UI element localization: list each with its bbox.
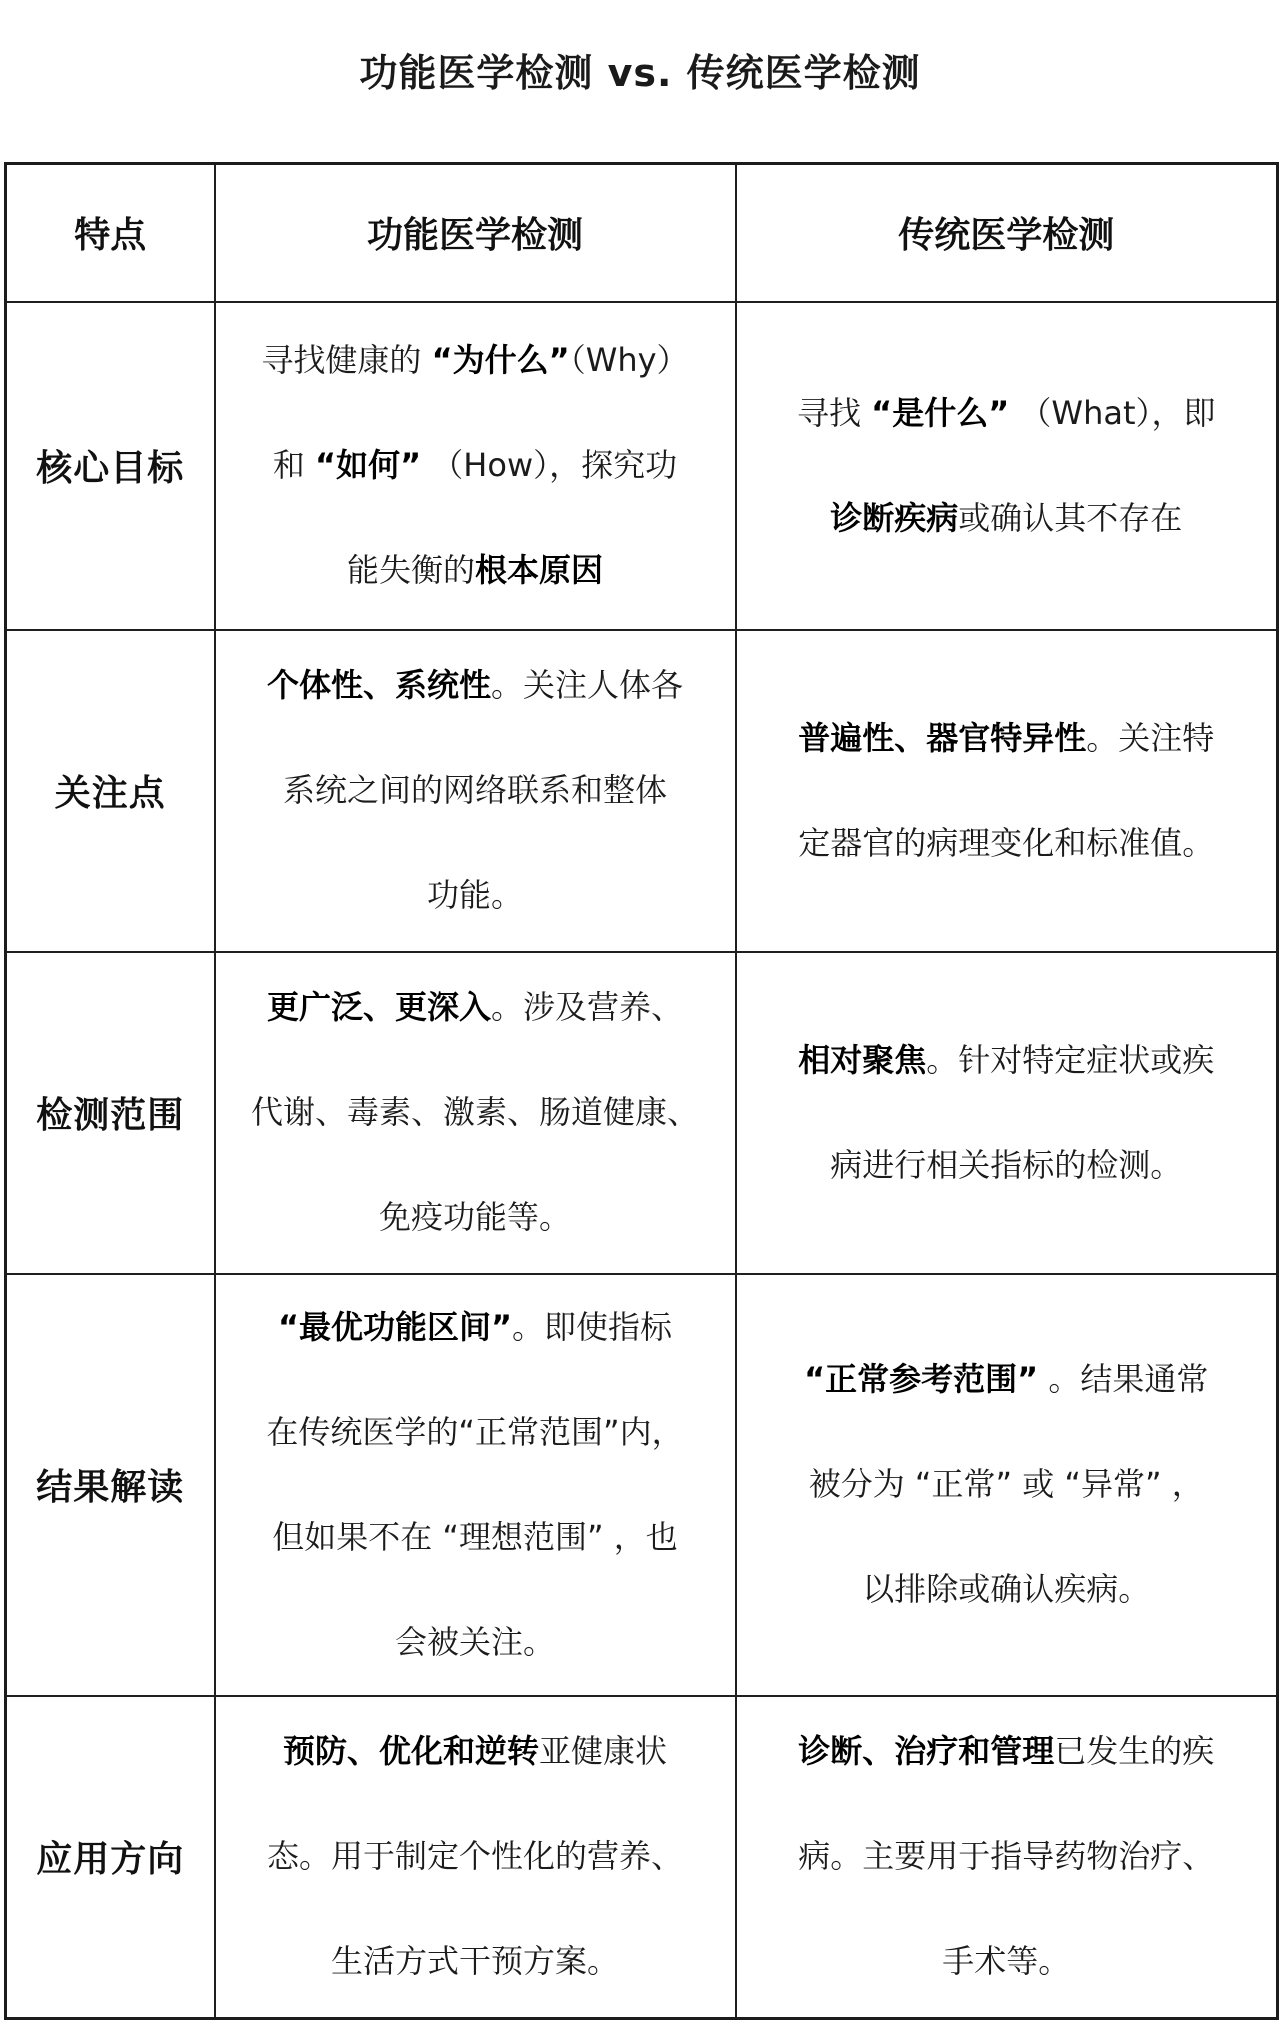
text-run: “是什么” <box>871 394 1009 432</box>
row-label-scope: 检测范围 <box>6 952 215 1274</box>
header-row: 特点 功能医学检测 传统医学检测 <box>6 164 1278 302</box>
cell-scope-traditional: 相对聚焦。针对特定症状或疾 病进行相关指标的检测。 <box>736 952 1278 1274</box>
text-run: 根本原因 <box>475 551 603 589</box>
table-row-focus: 关注点 个体性、系统性。关注人体各 系统之间的网络联系和整体 功能。 普遍性、器… <box>6 630 1278 952</box>
row-label-core-goal: 核心目标 <box>6 302 215 630</box>
cell-text: “最优功能区间”。即使指标 在传统医学的“正常范围”内， 但如果不在 “理想范围… <box>216 1275 735 1695</box>
text-run: “最优功能区间” <box>278 1308 512 1346</box>
cell-focus-traditional: 普遍性、器官特异性。关注特 定器官的病理变化和标准值。 <box>736 630 1278 952</box>
cell-text: 更广泛、更深入。涉及营养、 代谢、毒素、激素、肠道健康、 免疫功能等。 <box>216 955 735 1270</box>
row-label-focus: 关注点 <box>6 630 215 952</box>
text-run: 相对聚焦 <box>798 1041 926 1079</box>
header-cell-traditional: 传统医学检测 <box>736 164 1278 302</box>
text-run: 寻找 <box>797 394 871 432</box>
text-run: （What），即 <box>1009 394 1215 432</box>
cell-text: 普遍性、器官特异性。关注特 定器官的病理变化和标准值。 <box>737 686 1277 896</box>
comparison-table-wrap: 特点 功能医学检测 传统医学检测 核心目标 寻找健康的 “为什么”（Why） 和… <box>4 162 1276 2020</box>
cell-text: “正常参考范围” 。结果通常 被分为 “正常” 或 “异常” ， 以排除或确认疾… <box>737 1327 1277 1642</box>
page-title: 功能医学检测 vs. 传统医学检测 <box>0 0 1280 96</box>
text-run: 或确认其不存在 <box>958 499 1182 537</box>
text-run: 。即使指标 在传统医学的“正常范围”内， 但如果不在 “理想范围” ，也 会被关… <box>266 1308 683 1661</box>
table-row-application: 应用方向 预防、优化和逆转亚健康状 态。用于制定个性化的营养、 生活方式干预方案… <box>6 1696 1278 2019</box>
header-cell-feature: 特点 <box>6 164 215 302</box>
cell-interpretation-traditional: “正常参考范围” 。结果通常 被分为 “正常” 或 “异常” ， 以排除或确认疾… <box>736 1274 1278 1696</box>
table-row-interpretation: 结果解读 “最优功能区间”。即使指标 在传统医学的“正常范围”内， 但如果不在 … <box>6 1274 1278 1696</box>
text-run: 诊断疾病 <box>830 499 958 537</box>
cell-text: 寻找健康的 “为什么”（Why） 和 “如何” （How），探究功 能失衡的根本… <box>216 308 735 623</box>
text-run: 诊断、治疗和管理 <box>798 1732 1054 1770</box>
text-run: “为什么” <box>432 341 570 379</box>
cell-text: 寻找 “是什么” （What），即 诊断疾病或确认其不存在 <box>737 361 1277 571</box>
text-run: 个体性、系统性 <box>267 666 491 704</box>
cell-text: 预防、优化和逆转亚健康状 态。用于制定个性化的营养、 生活方式干预方案。 <box>216 1699 735 2014</box>
text-run: 寻找健康的 <box>261 341 431 379</box>
table-row-core-goal: 核心目标 寻找健康的 “为什么”（Why） 和 “如何” （How），探究功 能… <box>6 302 1278 630</box>
text-run: 普遍性、器官特异性 <box>798 719 1086 757</box>
cell-application-traditional: 诊断、治疗和管理已发生的疾 病。主要用于指导药物治疗、 手术等。 <box>736 1696 1278 2019</box>
row-label-interpretation: 结果解读 <box>6 1274 215 1696</box>
row-label-application: 应用方向 <box>6 1696 215 2019</box>
cell-interpretation-functional: “最优功能区间”。即使指标 在传统医学的“正常范围”内， 但如果不在 “理想范围… <box>215 1274 736 1696</box>
cell-core-goal-functional: 寻找健康的 “为什么”（Why） 和 “如何” （How），探究功 能失衡的根本… <box>215 302 736 630</box>
header-cell-functional: 功能医学检测 <box>215 164 736 302</box>
table-row-scope: 检测范围 更广泛、更深入。涉及营养、 代谢、毒素、激素、肠道健康、 免疫功能等。… <box>6 952 1278 1274</box>
comparison-table: 特点 功能医学检测 传统医学检测 核心目标 寻找健康的 “为什么”（Why） 和… <box>4 162 1279 2020</box>
cell-text: 诊断、治疗和管理已发生的疾 病。主要用于指导药物治疗、 手术等。 <box>737 1699 1277 2014</box>
cell-text: 个体性、系统性。关注人体各 系统之间的网络联系和整体 功能。 <box>216 633 735 948</box>
text-run: 预防、优化和逆转 <box>283 1732 539 1770</box>
cell-text: 相对聚焦。针对特定症状或疾 病进行相关指标的检测。 <box>737 1008 1277 1218</box>
text-run: “正常参考范围” <box>804 1360 1038 1398</box>
text-run: 更广泛、更深入 <box>267 988 491 1026</box>
cell-core-goal-traditional: 寻找 “是什么” （What），即 诊断疾病或确认其不存在 <box>736 302 1278 630</box>
cell-scope-functional: 更广泛、更深入。涉及营养、 代谢、毒素、激素、肠道健康、 免疫功能等。 <box>215 952 736 1274</box>
cell-application-functional: 预防、优化和逆转亚健康状 态。用于制定个性化的营养、 生活方式干预方案。 <box>215 1696 736 2019</box>
page: 功能医学检测 vs. 传统医学检测 特点 功能医学检测 传统医学检测 核心目标 … <box>0 0 1280 2021</box>
text-run: “如何” <box>315 446 421 484</box>
cell-focus-functional: 个体性、系统性。关注人体各 系统之间的网络联系和整体 功能。 <box>215 630 736 952</box>
